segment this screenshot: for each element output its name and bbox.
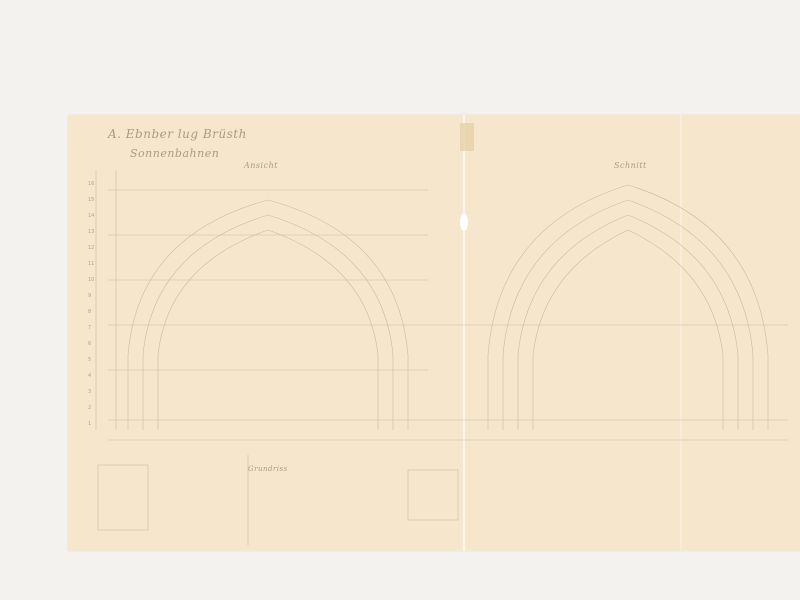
svg-text:16: 16 xyxy=(88,181,94,187)
svg-text:1: 1 xyxy=(88,421,91,427)
svg-text:7: 7 xyxy=(88,325,91,331)
svg-text:8: 8 xyxy=(88,309,91,315)
svg-text:12: 12 xyxy=(88,245,94,251)
svg-text:14: 14 xyxy=(88,213,94,219)
svg-text:3: 3 xyxy=(88,389,91,395)
svg-text:9: 9 xyxy=(88,293,91,299)
svg-text:6: 6 xyxy=(88,341,91,347)
svg-text:11: 11 xyxy=(88,261,94,267)
architectural-drawing: 161514 131211 1098 765 432 1 xyxy=(68,115,800,551)
drawing-sheet: A. Ebnber lug Brüsth Sonnenbahnen Ansich… xyxy=(68,115,800,551)
svg-text:10: 10 xyxy=(88,277,94,283)
svg-text:2: 2 xyxy=(88,405,91,411)
svg-text:5: 5 xyxy=(88,357,91,363)
svg-text:13: 13 xyxy=(88,229,94,235)
svg-text:4: 4 xyxy=(88,373,91,379)
svg-text:15: 15 xyxy=(88,197,94,203)
